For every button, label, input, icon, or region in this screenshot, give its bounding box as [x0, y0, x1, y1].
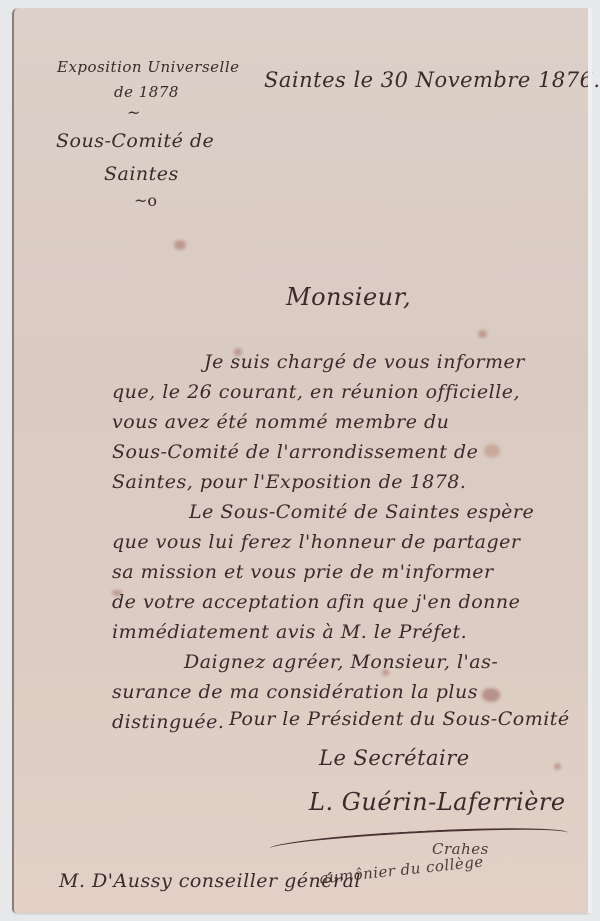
body-line: surance de ma considération la plus [112, 681, 478, 703]
body-line: que, le 26 courant, en réunion officiell… [112, 381, 520, 403]
body-line: que vous lui ferez l'honneur de partager [112, 531, 521, 553]
closing-title: Le Secrétaire [319, 746, 470, 770]
letterhead-flourish-icon: ~o [134, 191, 157, 210]
signature: L. Guérin-Laferrière [309, 788, 566, 816]
ink-stain [174, 240, 186, 250]
body-line: de votre acceptation afin que j'en donne [112, 591, 520, 613]
ink-stain [478, 330, 487, 338]
ink-stain [234, 348, 242, 356]
dateline: Saintes le 30 Novembre 1876. [264, 68, 600, 92]
body-line: sa mission et vous prie de m'informer [112, 561, 494, 583]
closing-line: Pour le Président du Sous-Comité [229, 708, 570, 730]
body-line: Saintes, pour l'Exposition de 1878. [112, 471, 466, 493]
ink-stain [382, 669, 389, 676]
salutation: Monsieur, [286, 283, 411, 311]
addressee-note: M. D'Aussy conseiller général [59, 870, 361, 892]
body-line: Je suis chargé de vous informer [204, 351, 525, 373]
body-line: Daignez agréer, Monsieur, l'as- [184, 651, 498, 673]
letterhead-line-2: de 1878 [114, 83, 179, 101]
letterhead-ornament-icon: ~ [127, 103, 140, 122]
body-line: distinguée. [112, 711, 224, 733]
letterhead-line-1: Exposition Universelle [57, 58, 240, 76]
letterhead-line-3: Sous-Comité de [56, 130, 214, 152]
ink-stain [554, 763, 561, 770]
body-line: vous avez été nommé membre du [112, 411, 449, 433]
ink-stain [112, 590, 122, 596]
signature-underline [269, 823, 570, 859]
body-line: Sous-Comité de l'arrondissement de [112, 441, 478, 463]
body-line: immédiatement avis à M. le Préfet. [112, 621, 467, 643]
letterhead-line-4: Saintes [104, 163, 179, 185]
ink-stain [484, 444, 500, 458]
body-line: Le Sous-Comité de Saintes espère [189, 501, 534, 523]
ink-stain [482, 688, 500, 702]
letter-paper: Exposition Universelle de 1878 ~ Sous-Co… [12, 8, 588, 913]
